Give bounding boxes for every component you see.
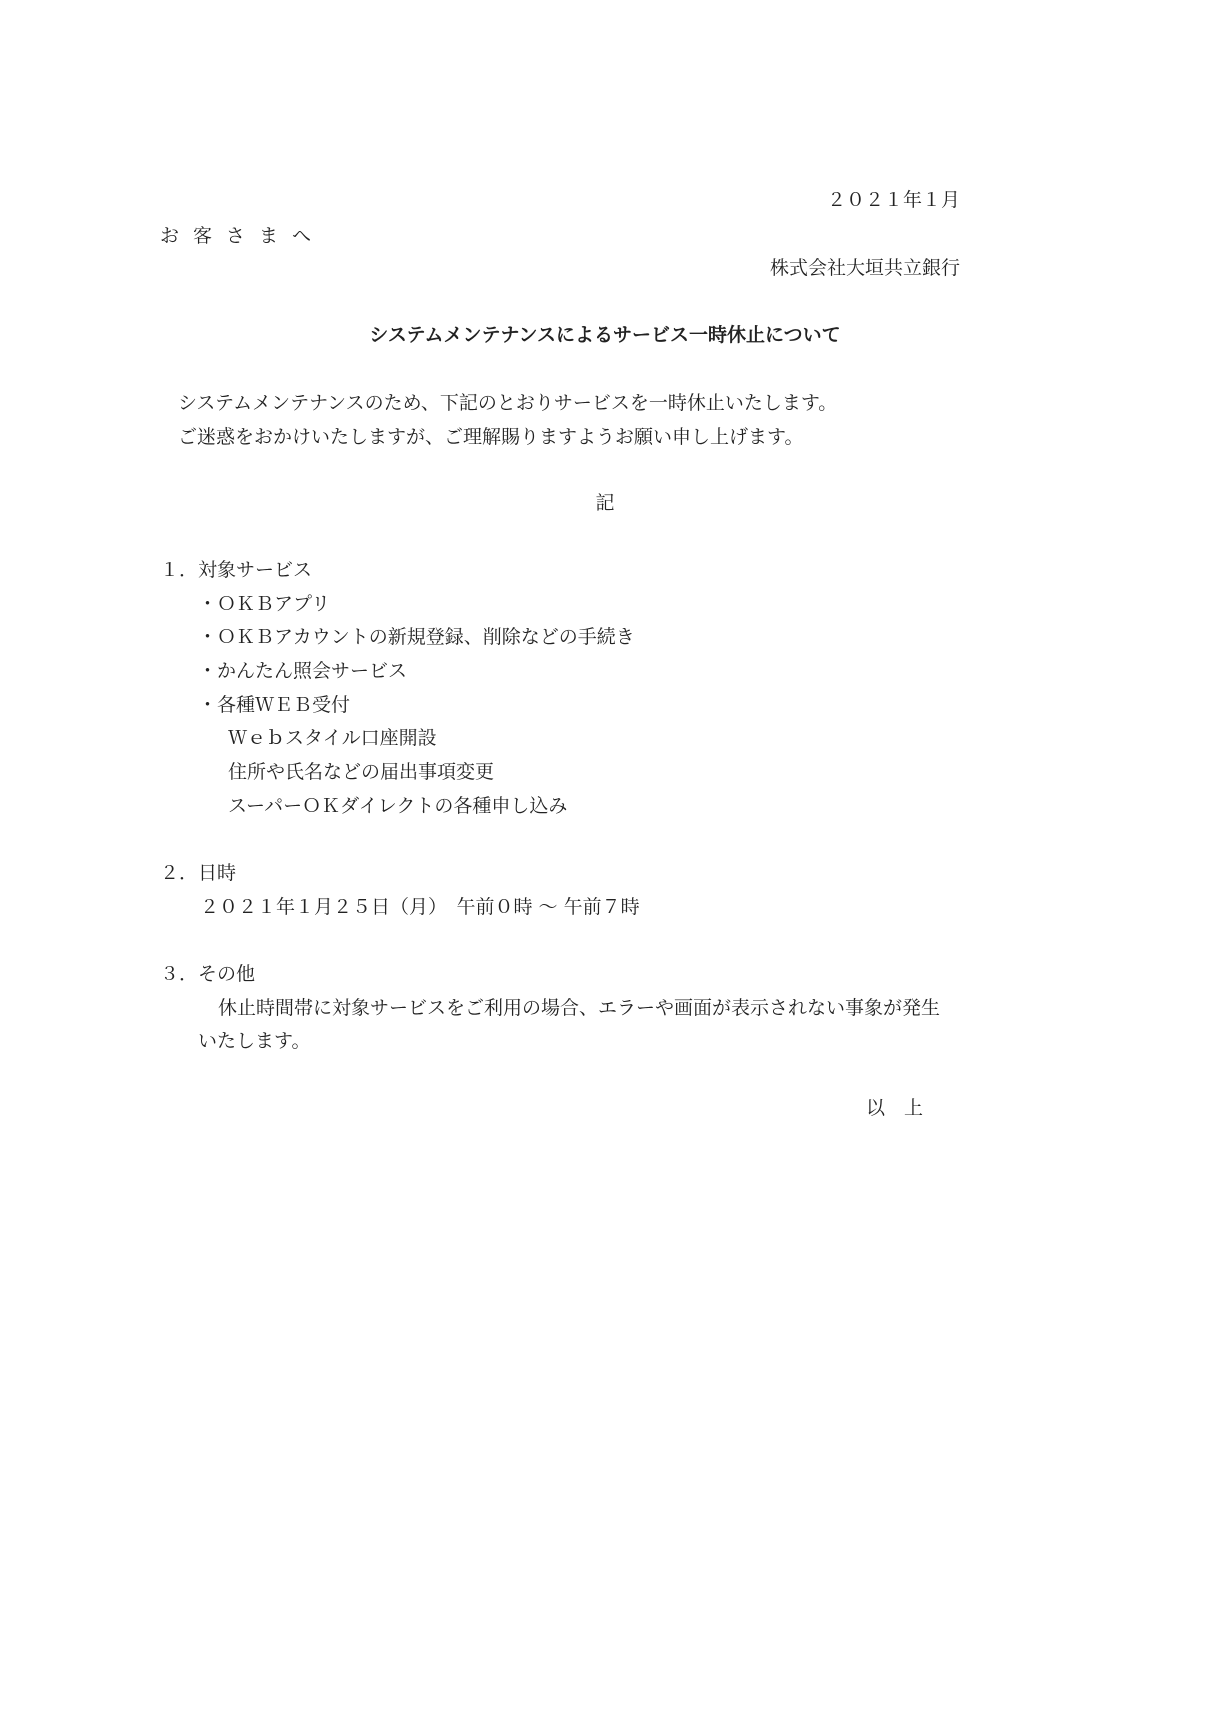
web-subitem: 住所や氏名などの届出事項変更 (228, 760, 494, 784)
section-3-heading: ３．その他 (160, 962, 255, 986)
service-item: ・ＯＫＢアカウントの新規登録、削除などの手続き (198, 625, 635, 649)
web-subitem: スーパーＯＫダイレクトの各種申し込み (228, 794, 567, 818)
document-title: システムメンテナンスによるサービス一時休止について (0, 323, 1210, 347)
other-note-line-1: 休止時間帯に対象サービスをご利用の場合、エラーや画面が表示されない事象が発生 (218, 996, 940, 1020)
sender-company: 株式会社大垣共立銀行 (770, 256, 960, 280)
section-2-heading: ２．日時 (160, 861, 236, 885)
service-item: ・ＯＫＢアプリ (198, 592, 330, 616)
document-date: ２０２１年１月 (827, 188, 960, 212)
recipient: お客さまへ (160, 224, 325, 248)
intro-line-2: ご迷惑をおかけいたしますが、ご理解賜りますようお願い申し上げます。 (178, 425, 803, 449)
web-subitem: Ｗｅｂスタイル口座開設 (228, 726, 437, 750)
closing-mark: 以 上 (866, 1096, 923, 1120)
section-1-heading: １．対象サービス (160, 558, 312, 582)
other-note-line-2: いたします。 (198, 1029, 310, 1053)
service-item: ・各種ＷＥＢ受付 (198, 693, 350, 717)
ki-heading: 記 (0, 491, 1210, 515)
service-item: ・かんたん照会サービス (198, 659, 407, 683)
maintenance-datetime: ２０２１年１月２５日（月） 午前０時 〜 午前７時 (200, 895, 640, 919)
intro-line-1: システムメンテナンスのため、下記のとおりサービスを一時休止いたします。 (178, 391, 837, 415)
